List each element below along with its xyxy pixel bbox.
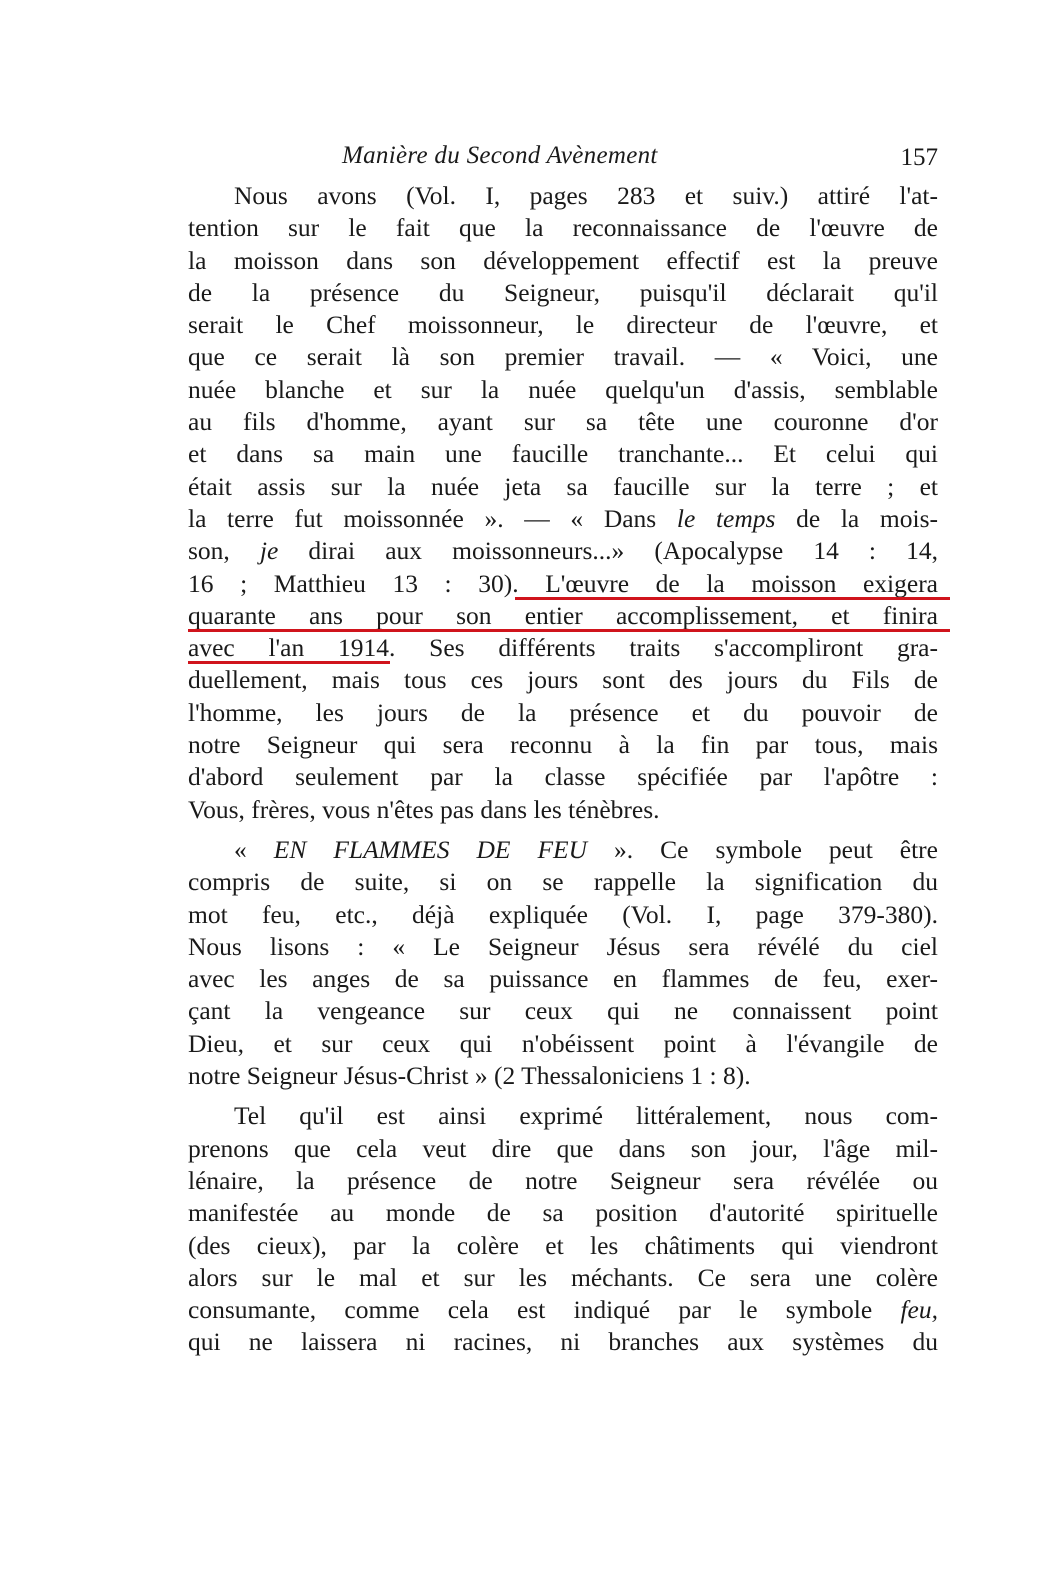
text-line: tention sur le fait que la reconnaissanc… (188, 212, 938, 244)
text-run: quarante ans pour son entier accomplisse… (188, 601, 938, 630)
text-line: qui ne laissera ni racines, ni branches … (188, 1326, 938, 1358)
running-title: Manière du Second Avènement (342, 142, 658, 170)
section-heading-italic: EN FLAMMES DE FEU (274, 835, 587, 864)
text-line: alors sur le mal et sur les méchants. Ce… (188, 1262, 938, 1294)
text-run: la terre fut moissonnée ». — « Dans (188, 504, 677, 533)
text-line: consumante, comme cela est indiqué par l… (188, 1294, 938, 1326)
text-run: son, (188, 536, 260, 565)
text-line-highlighted: quarante ans pour son entier accomplisse… (188, 600, 938, 632)
page-number: 157 (901, 144, 939, 172)
text-line: la terre fut moissonnée ». — « Dans le t… (188, 503, 938, 535)
text-line: était assis sur la nuée jeta sa faucille… (188, 471, 938, 503)
text-line: l'homme, les jours de la présence et du … (188, 697, 938, 729)
text-run: consumante, comme cela est indiqué par l… (188, 1295, 900, 1324)
text-line-highlighted: avec l'an 1914. Ses différents traits s'… (188, 632, 938, 664)
text-run: dirai aux moissonneurs...» (Apocalypse 1… (278, 536, 938, 565)
text-line: lénaire, la présence de notre Seigneur s… (188, 1165, 938, 1197)
text-line: çant la vengeance sur ceux qui ne connai… (188, 995, 938, 1027)
text-run: ». Ce symbole peut être (587, 835, 938, 864)
text-line-highlighted: 16 ; Matthieu 13 : 30). L'œuvre de la mo… (188, 568, 938, 600)
text-line: que ce serait là son premier travail. — … (188, 341, 938, 373)
text-line: Vous, frères, vous n'êtes pas dans les t… (188, 794, 938, 826)
italic-run: le temps (677, 504, 776, 533)
text-line: la moisson dans son développement effect… (188, 245, 938, 277)
italic-run: je (260, 536, 278, 565)
text-line: Nous lisons : « Le Seigneur Jésus sera r… (188, 931, 938, 963)
text-line: nuée blanche et sur la nuée quelqu'un d'… (188, 374, 938, 406)
text-line: serait le Chef moissonneur, le directeur… (188, 309, 938, 341)
text-line: mot feu, etc., déjà expliquée (Vol. I, p… (188, 899, 938, 931)
text-line: manifestée au monde de sa position d'aut… (188, 1197, 938, 1229)
text-line: son, je dirai aux moissonneurs...» (Apoc… (188, 535, 938, 567)
text-line: Nous avons (Vol. I, pages 283 et suiv.) … (188, 180, 938, 212)
text-line: duellement, mais tous ces jours sont des… (188, 664, 938, 696)
text-line: avec les anges de sa puissance en flamme… (188, 963, 938, 995)
text-line: prenons que cela veut dire que dans son … (188, 1133, 938, 1165)
book-page: Manière du Second Avènement 157 Nous avo… (188, 138, 938, 1359)
text-run: 16 ; Matthieu 13 : 30). L'œuvre de la mo… (188, 569, 938, 598)
text-run: « (234, 835, 274, 864)
text-run: avec l'an 1914. Ses différents traits s'… (188, 633, 938, 662)
text-line: notre Seigneur Jésus-Christ » (2 Thessal… (188, 1060, 938, 1092)
text-line: « EN FLAMMES DE FEU ». Ce symbole peut ê… (188, 834, 938, 866)
text-line: Tel qu'il est ainsi exprimé littéralemen… (188, 1100, 938, 1132)
text-line: Dieu, et sur ceux qui n'obéissent point … (188, 1028, 938, 1060)
paragraph-3: Tel qu'il est ainsi exprimé littéralemen… (188, 1100, 938, 1358)
text-line: compris de suite, si on se rappelle la s… (188, 866, 938, 898)
text-line: notre Seigneur qui sera reconnu à la fin… (188, 729, 938, 761)
text-run: de la mois- (775, 504, 938, 533)
italic-run: feu, (900, 1295, 938, 1324)
text-line: (des cieux), par la colère et les châtim… (188, 1230, 938, 1262)
text-line: et dans sa main une faucille tranchante.… (188, 438, 938, 470)
text-line: au fils d'homme, ayant sur sa tête une c… (188, 406, 938, 438)
text-line: de la présence du Seigneur, puisqu'il dé… (188, 277, 938, 309)
text-line: d'abord seulement par la classe spécifié… (188, 761, 938, 793)
page-header: Manière du Second Avènement 157 (188, 138, 938, 180)
paragraph-2: « EN FLAMMES DE FEU ». Ce symbole peut ê… (188, 834, 938, 1092)
paragraph-1: Nous avons (Vol. I, pages 283 et suiv.) … (188, 180, 938, 826)
